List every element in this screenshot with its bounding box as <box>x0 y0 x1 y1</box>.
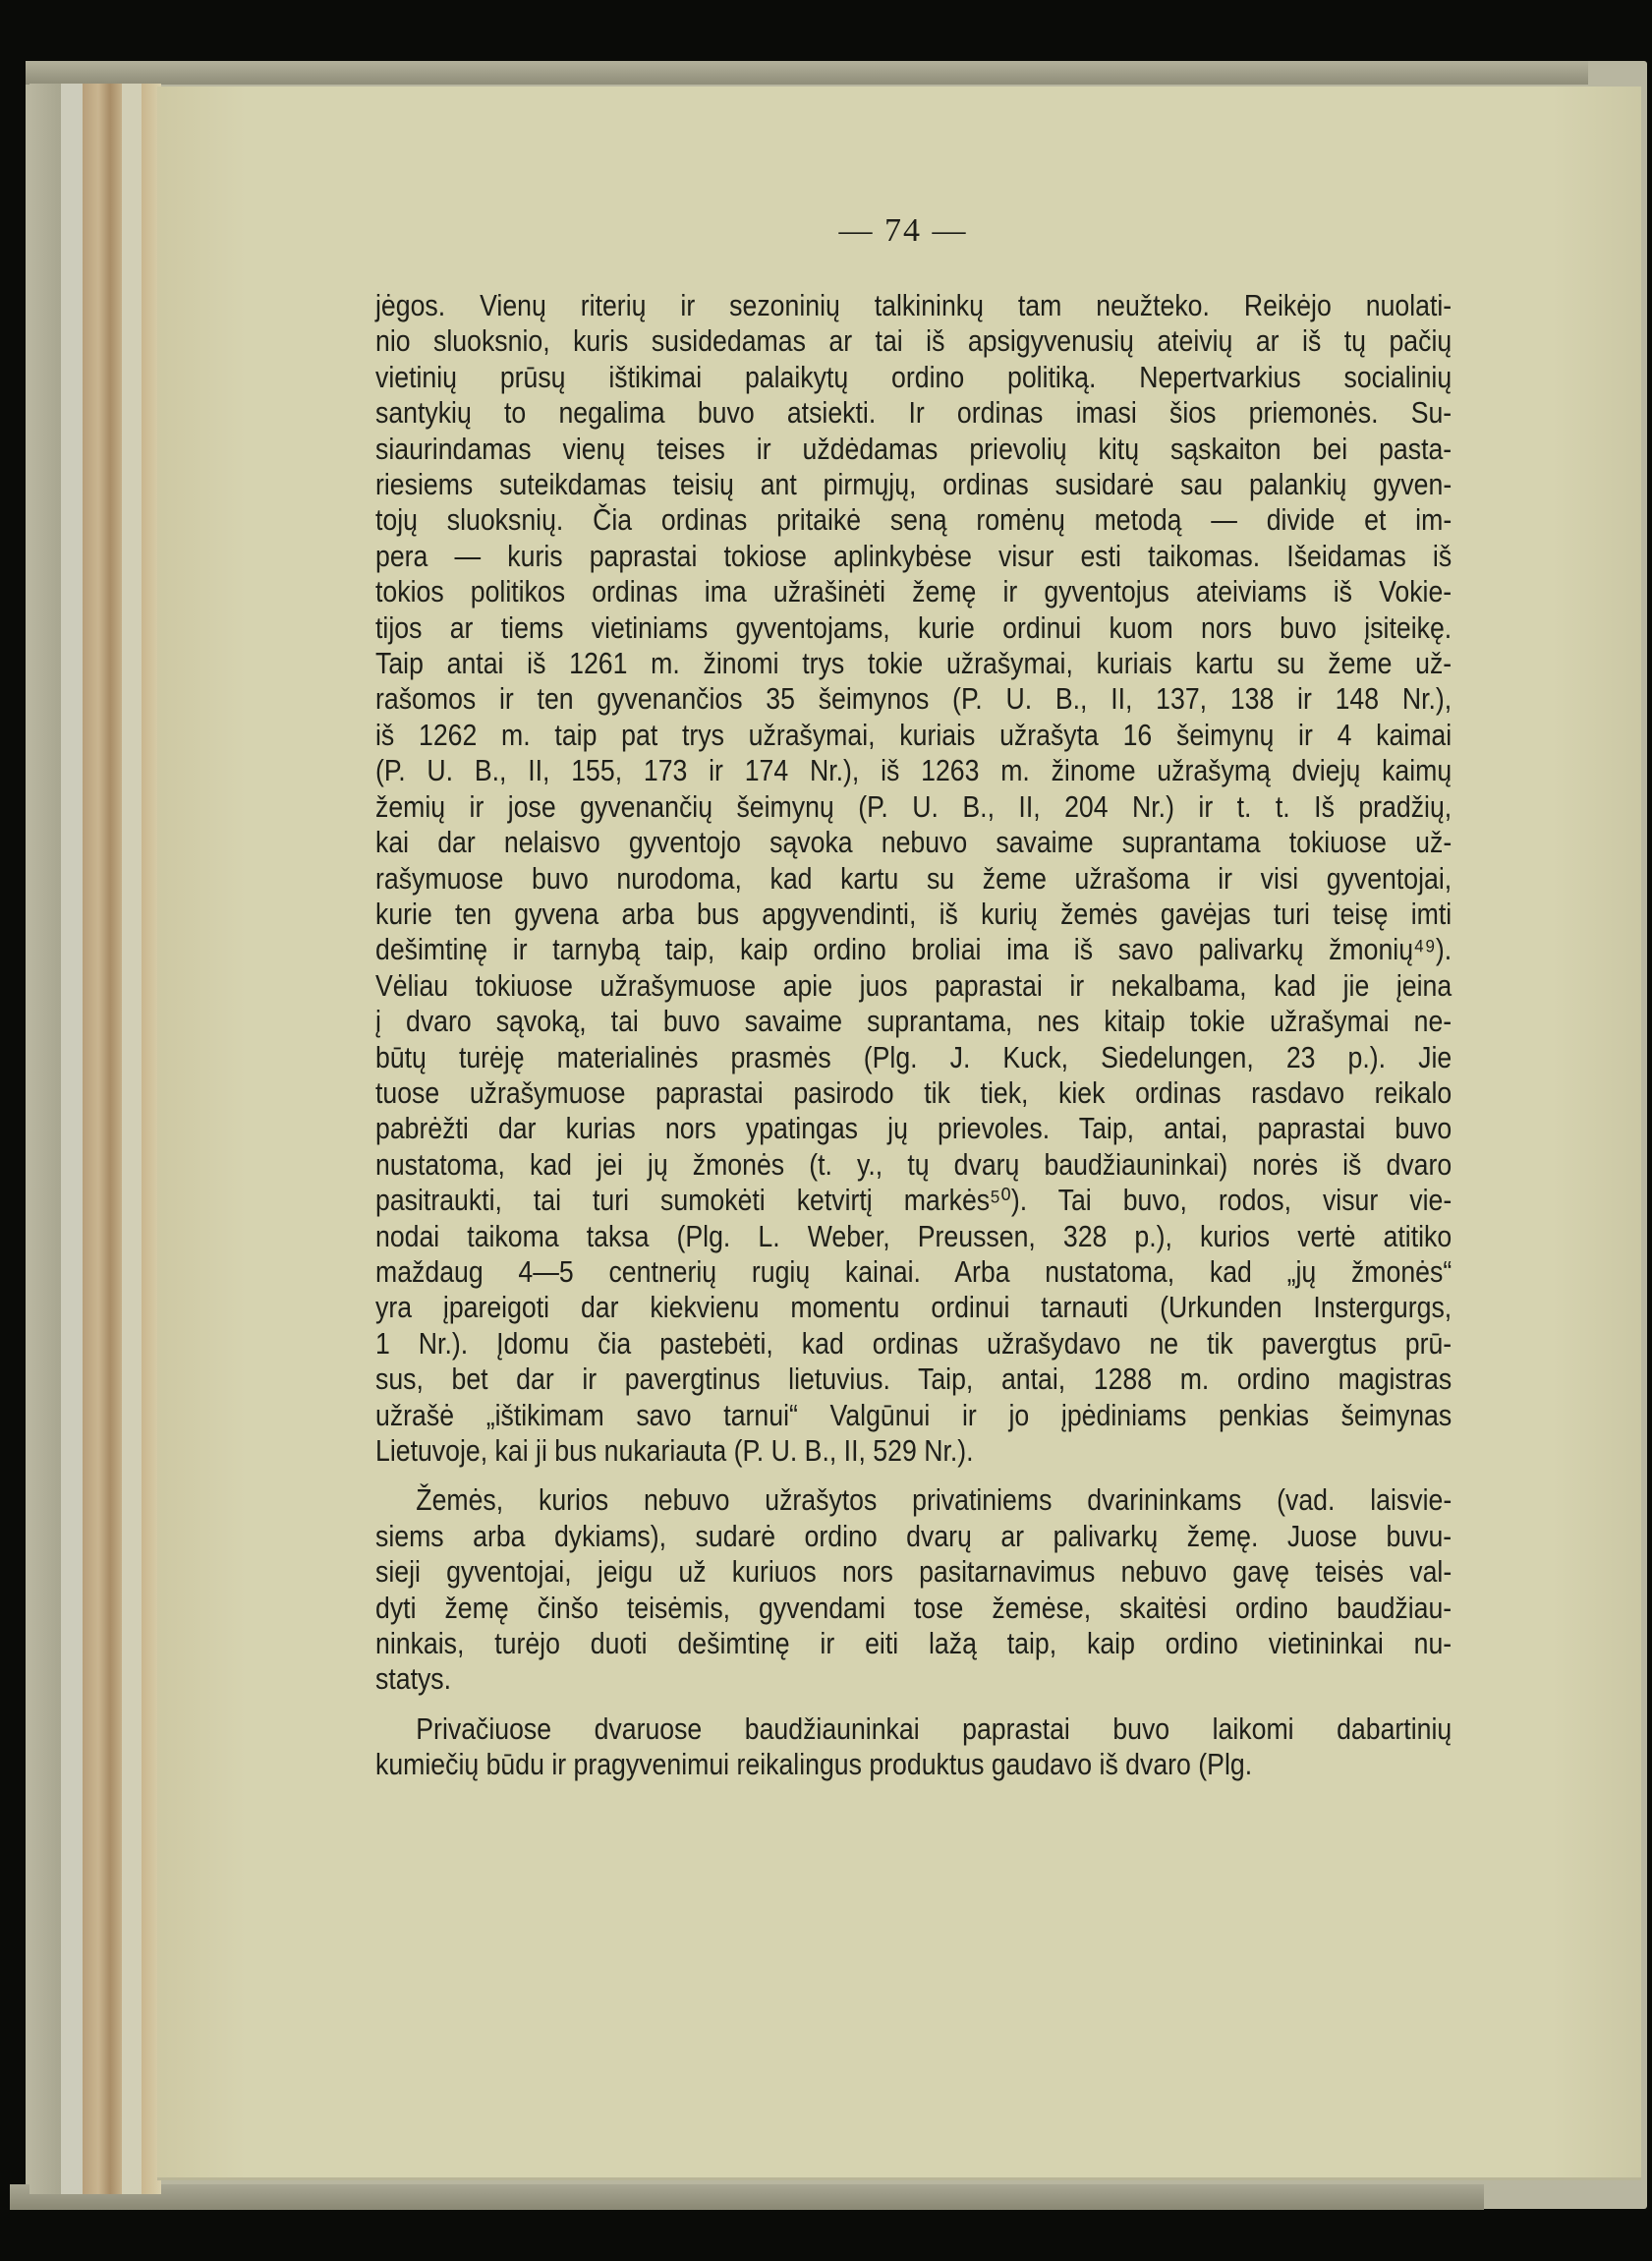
text-line: būtų turėję materialinės prasmės (Plg. J… <box>375 1040 1452 1075</box>
text-line: Taip antai iš 1261 m. žinomi trys tokie … <box>375 646 1452 681</box>
text-line: nodai taikoma taksa (Plg. L. Weber, Preu… <box>375 1219 1452 1254</box>
page-stack-edge <box>122 84 142 2194</box>
text-line: pera — kuris paprastai tokiose aplinkybė… <box>375 539 1452 574</box>
text-line: kumiečių būdu ir pragyvenimui reikalingu… <box>375 1747 1452 1782</box>
page-number-text: — 74 — <box>839 212 968 250</box>
text-line: sus, bet dar ir pavergtinus lietuvius. T… <box>375 1362 1452 1397</box>
paragraph-container: jėgos. Vienų riterių ir sezoninių talkin… <box>375 288 1452 1783</box>
page-number: — 74 — <box>0 212 1641 250</box>
text-line: ninkais, turėjo duoti dešimtinę ir eiti … <box>375 1626 1452 1661</box>
text-line: nustatoma, kad jei jų žmonės (t. y., tų … <box>375 1147 1452 1183</box>
text-line: tokios politikos ordinas ima užrašinėti … <box>375 574 1452 609</box>
text-line: Žemės, kurios nebuvo užrašytos privatini… <box>375 1482 1452 1518</box>
body-text: jėgos. Vienų riterių ir sezoninių talkin… <box>375 288 1452 1783</box>
text-line: statys. <box>375 1661 1452 1697</box>
text-line: tuose užrašymuose paprastai pasirodo tik… <box>375 1075 1452 1111</box>
text-line: 1 Nr.). Įdomu čia pastebėti, kad ordinas… <box>375 1326 1452 1362</box>
book-cover-top-edge <box>26 61 1588 85</box>
text-line: vietinių prūsų ištikimai palaikytų ordin… <box>375 360 1452 395</box>
page-stack-edge <box>61 84 83 2194</box>
text-line: dyti žemę činšo teisėmis, gyvendami tose… <box>375 1591 1452 1626</box>
text-line: pabrėžti dar kurias nors ypatingas jų pr… <box>375 1111 1452 1146</box>
text-line: žemių ir jose gyvenančių šeimynų (P. U. … <box>375 789 1452 825</box>
text-line: rašymuose buvo nurodoma, kad kartu su že… <box>375 861 1452 897</box>
book-cover-bottom-edge <box>10 2184 1484 2210</box>
paragraph: jėgos. Vienų riterių ir sezoninių talkin… <box>375 288 1452 1469</box>
book-page: — 74 — jėgos. Vienų riterių ir sezoninių… <box>157 87 1641 2180</box>
text-line: nio sluoksnio, kuris susidedamas ar tai … <box>375 323 1452 359</box>
text-line: sieji gyventojai, jeigu už kuriuos nors … <box>375 1554 1452 1590</box>
text-line: užrašė „ištikimam savo tarnui“ Valgūnui … <box>375 1398 1452 1433</box>
text-line: riesiems suteikdamas teisių ant pirmųjų,… <box>375 467 1452 502</box>
text-line: rašomos ir ten gyvenančios 35 šeimynos (… <box>375 681 1452 717</box>
text-line: kurie ten gyvena arba bus apgyvendinti, … <box>375 897 1452 932</box>
text-line: maždaug 4—5 centnerių rugių kainai. Arba… <box>375 1254 1452 1290</box>
text-line: siaurindamas vienų teises ir uždėdamas p… <box>375 432 1452 467</box>
paragraph: Žemės, kurios nebuvo užrašytos privatini… <box>375 1482 1452 1697</box>
text-line: jėgos. Vienų riterių ir sezoninių talkin… <box>375 288 1452 323</box>
paragraph: Privačiuose dvaruose baudžiauninkai papr… <box>375 1711 1452 1783</box>
text-line: siems arba dykiams), sudarė ordino dvarų… <box>375 1519 1452 1554</box>
text-line: santykių to negalima buvo atsiekti. Ir o… <box>375 395 1452 431</box>
text-line: pasitraukti, tai turi sumokėti ketvirtį … <box>375 1183 1452 1218</box>
text-line: (P. U. B., II, 155, 173 ir 174 Nr.), iš … <box>375 753 1452 788</box>
text-line: iš 1262 m. taip pat trys užrašymai, kuri… <box>375 718 1452 753</box>
text-line: Privačiuose dvaruose baudžiauninkai papr… <box>375 1711 1452 1747</box>
paragraph-gap <box>375 1698 1452 1711</box>
page-stack-edge <box>29 84 61 2194</box>
paragraph-gap <box>375 1469 1452 1482</box>
text-line: Vėliau tokiuose užrašymuose apie juos pa… <box>375 968 1452 1004</box>
page-stack-edge <box>83 84 122 2194</box>
text-line: tojų sluoksnių. Čia ordinas pritaikė sen… <box>375 502 1452 538</box>
text-line: tijos ar tiems vietiniams gyventojams, k… <box>375 610 1452 646</box>
text-line: Lietuvoje, kai ji bus nukariauta (P. U. … <box>375 1433 1452 1469</box>
text-line: yra įpareigoti dar kiekvienu momentu ord… <box>375 1290 1452 1325</box>
text-line: kai dar nelaisvo gyventojo sąvoka nebuvo… <box>375 825 1452 860</box>
text-line: dešimtinę ir tarnybą taip, kaip ordino b… <box>375 932 1452 967</box>
text-line: į dvaro sąvoką, tai buvo savaime suprant… <box>375 1004 1452 1039</box>
